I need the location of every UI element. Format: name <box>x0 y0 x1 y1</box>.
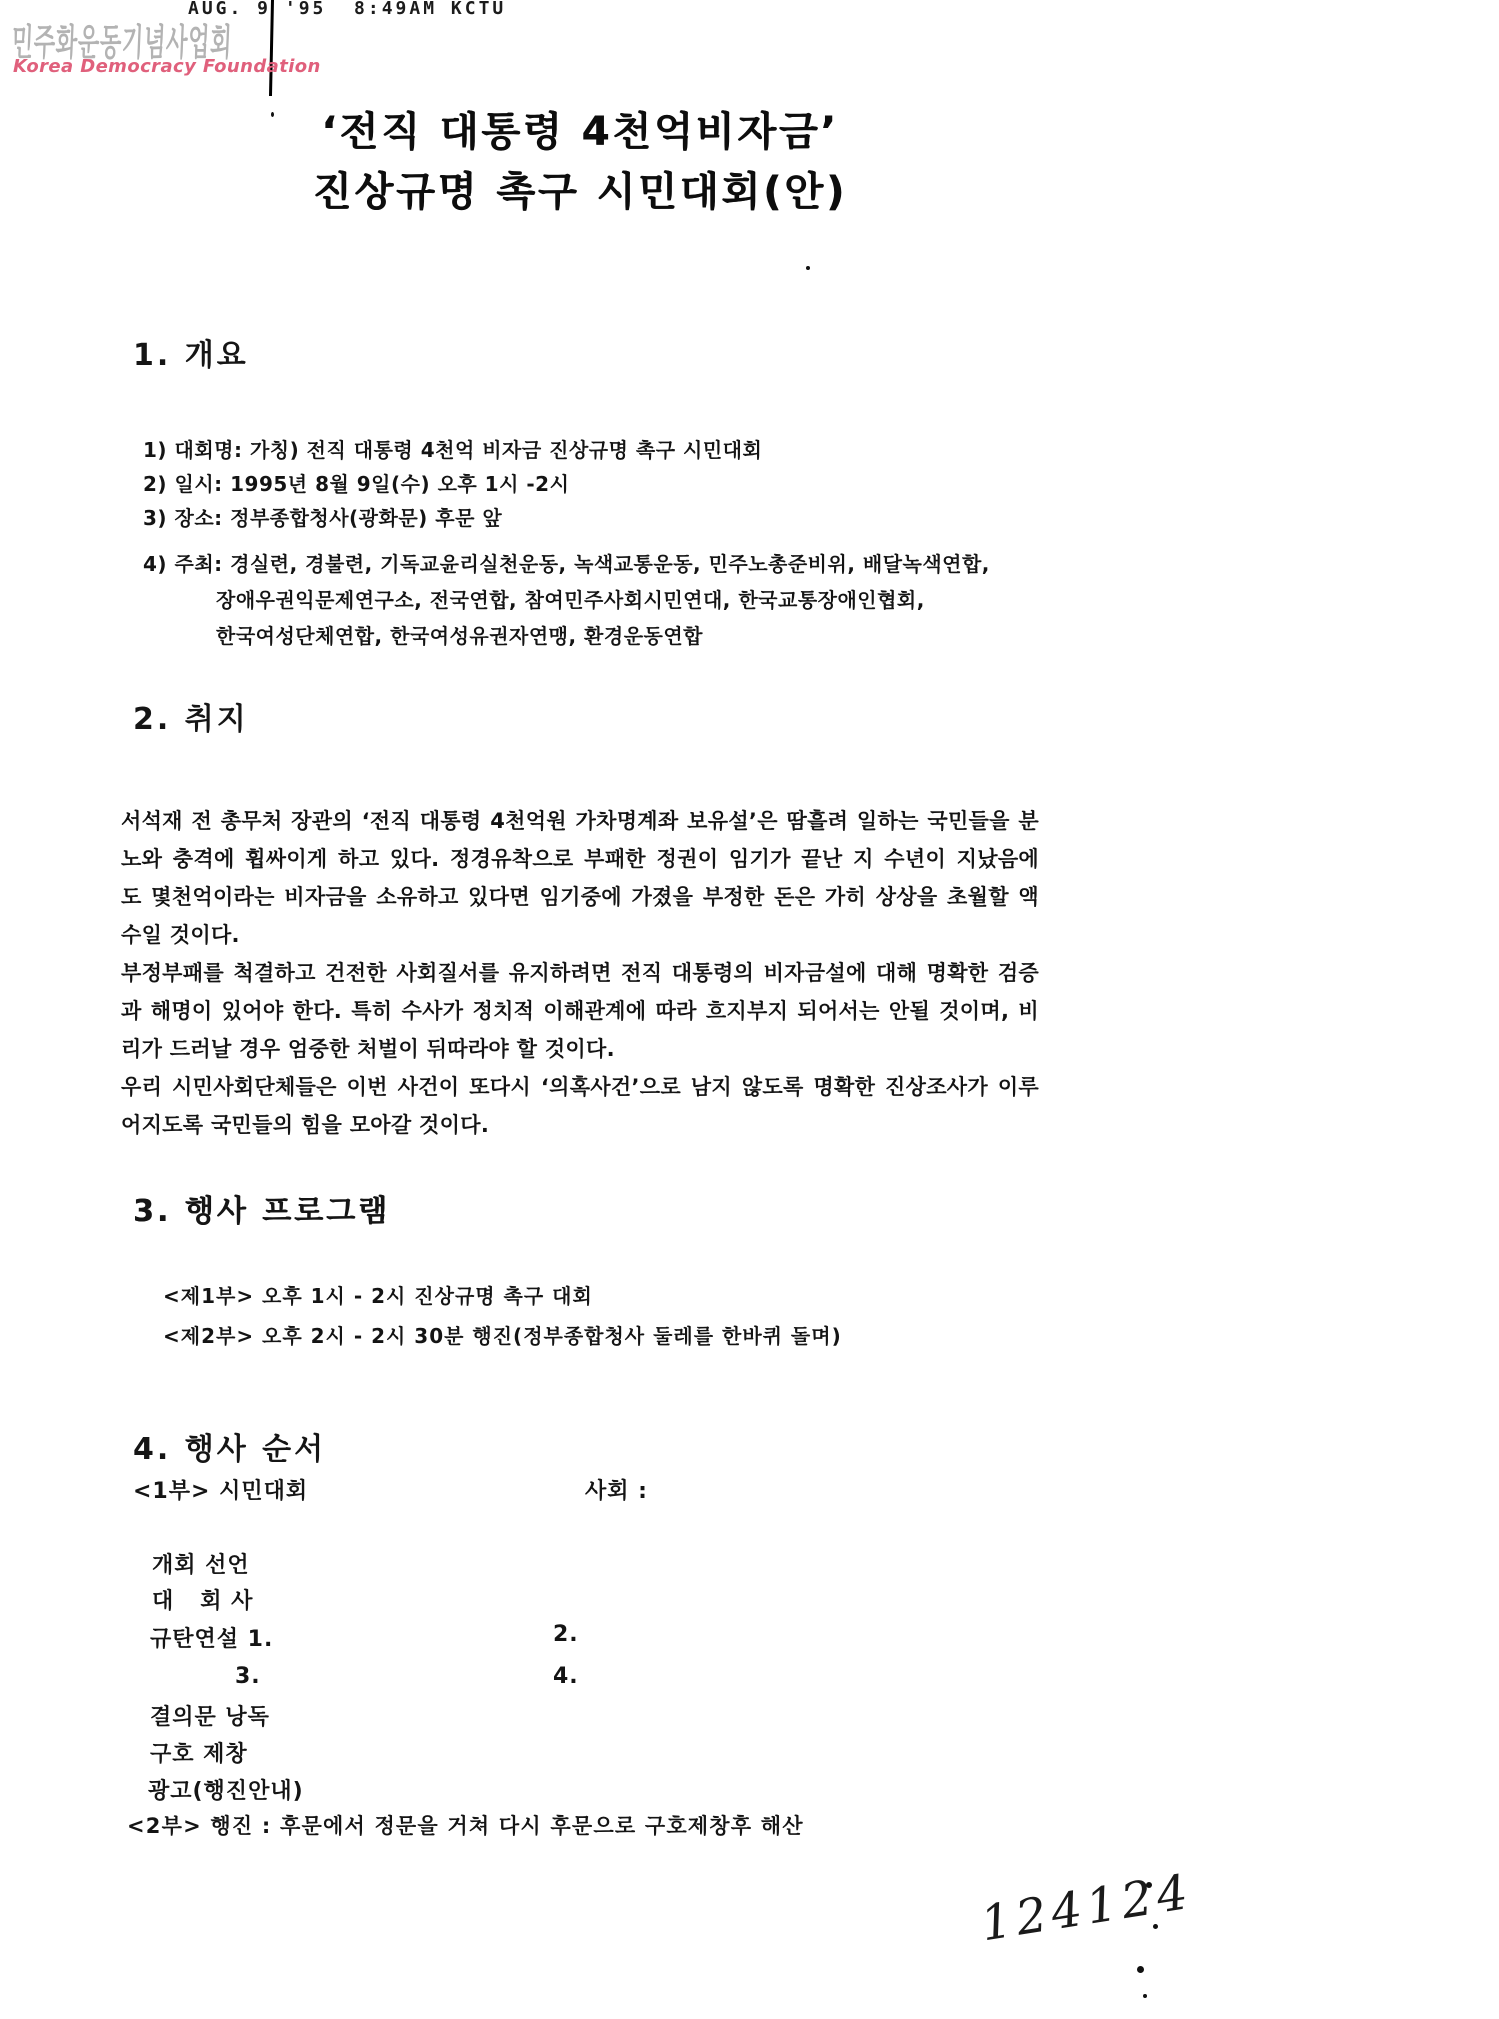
purpose-line: 도 몇천억이라는 비자금을 소유하고 있다면 임기중에 가졌을 부정한 돈은 가… <box>121 878 1039 916</box>
overview-item-datetime: 2) 일시: 1995년 8월 9일(수) 오후 1시 -2시 <box>143 468 569 497</box>
scan-speck <box>1143 1994 1147 1998</box>
scanned-fax-document: AUG. 9 '95 8:49AM KCTU 민주화운동기념사업회 Korea … <box>0 0 1499 2019</box>
purpose-line: 과 해명이 있어야 한다. 특히 수사가 정치적 이해관계에 따라 흐지부지 되… <box>121 992 1039 1030</box>
order-item-notice: 광고(행진안내) <box>148 1774 304 1805</box>
scan-speck <box>271 112 274 117</box>
overview-item-place: 3) 장소: 정부종합청사(광화문) 후문 앞 <box>143 502 502 531</box>
order-part1-label: <1부> 시민대회 <box>133 1474 308 1505</box>
order-item-resolution: 결의문 낭독 <box>150 1700 270 1731</box>
scan-speck <box>806 266 810 270</box>
order-item-speech1: 규탄연설 1. <box>150 1622 273 1653</box>
order-item-speech3: 3. <box>235 1664 261 1689</box>
purpose-paragraph: 서석재 전 총무처 장관의 ‘전직 대통령 4천억원 가차명계좌 보유설’은 땀… <box>121 802 1039 1144</box>
purpose-line: 수일 것이다. <box>121 916 1039 954</box>
section-overview-heading: 1. 개요 <box>133 330 249 374</box>
order-item-slogan: 구호 제창 <box>150 1737 248 1768</box>
section-order-heading: 4. 행사 순서 <box>133 1424 326 1468</box>
purpose-line: 어지도록 국민들의 힘을 모아갈 것이다. <box>121 1106 1039 1144</box>
order-item-speech2: 2. <box>553 1622 579 1647</box>
program-item-part2: <제2부> 오후 2시 - 2시 30분 행진(정부종합청사 둘레를 한바퀴 돌… <box>163 1320 842 1349</box>
order-item-opening: 개회 선언 <box>152 1548 250 1579</box>
handwritten-number: 124124 <box>977 1864 1196 1953</box>
order-mc-label: 사회 : <box>585 1474 648 1505</box>
section-purpose-heading: 2. 취지 <box>133 694 249 738</box>
program-item-part1: <제1부> 오후 1시 - 2시 진상규명 촉구 대회 <box>163 1280 593 1309</box>
fax-timestamp: AUG. 9 '95 8:49AM KCTU <box>188 0 506 19</box>
order-part2-line: <2부> 행진 : 후문에서 정문을 거쳐 다시 후문으로 구호제창후 해산 <box>127 1810 804 1840</box>
purpose-line: 리가 드러날 경우 엄중한 처벌이 뒤따라야 할 것이다. <box>121 1030 1039 1068</box>
document-title-line2: 진상규명 촉구 시민대회(안) <box>140 160 1020 217</box>
overview-item-hosts-cont1: 장애우권익문제연구소, 전국연합, 참여민주사회시민연대, 한국교통장애인협회, <box>216 584 925 613</box>
overview-item-name: 1) 대회명: 가칭) 전직 대통령 4천억 비자금 진상규명 촉구 시민대회 <box>143 434 762 463</box>
purpose-line: 노와 충격에 휩싸이게 하고 있다. 정경유착으로 부패한 정권이 임기가 끝난… <box>121 840 1039 878</box>
order-item-daehoesa: 대 회 사 <box>152 1584 253 1615</box>
order-item-speech4: 4. <box>553 1664 579 1689</box>
scan-speck <box>1153 1924 1158 1929</box>
scan-speck <box>1137 1966 1144 1973</box>
scan-speck <box>1146 1882 1152 1888</box>
kdf-logo-english: Korea Democracy Foundation <box>13 56 321 77</box>
purpose-line: 부정부패를 척결하고 건전한 사회질서를 유지하려면 전직 대통령의 비자금설에… <box>121 954 1039 992</box>
purpose-line: 우리 시민사회단체들은 이번 사건이 또다시 ‘의혹사건’으로 남지 않도록 명… <box>121 1068 1039 1106</box>
overview-item-hosts-cont2: 한국여성단체연합, 한국여성유권자연맹, 환경운동연합 <box>216 620 703 649</box>
section-program-heading: 3. 행사 프로그램 <box>133 1186 390 1230</box>
document-title-line1: ‘전직 대통령 4천억비자금’ <box>140 100 1020 157</box>
purpose-line: 서석재 전 총무처 장관의 ‘전직 대통령 4천억원 가차명계좌 보유설’은 땀… <box>121 802 1039 840</box>
overview-item-hosts: 4) 주최: 경실련, 경불련, 기독교윤리실천운동, 녹색교통운동, 민주노총… <box>143 548 990 577</box>
fax-streak-artifact <box>269 0 274 96</box>
